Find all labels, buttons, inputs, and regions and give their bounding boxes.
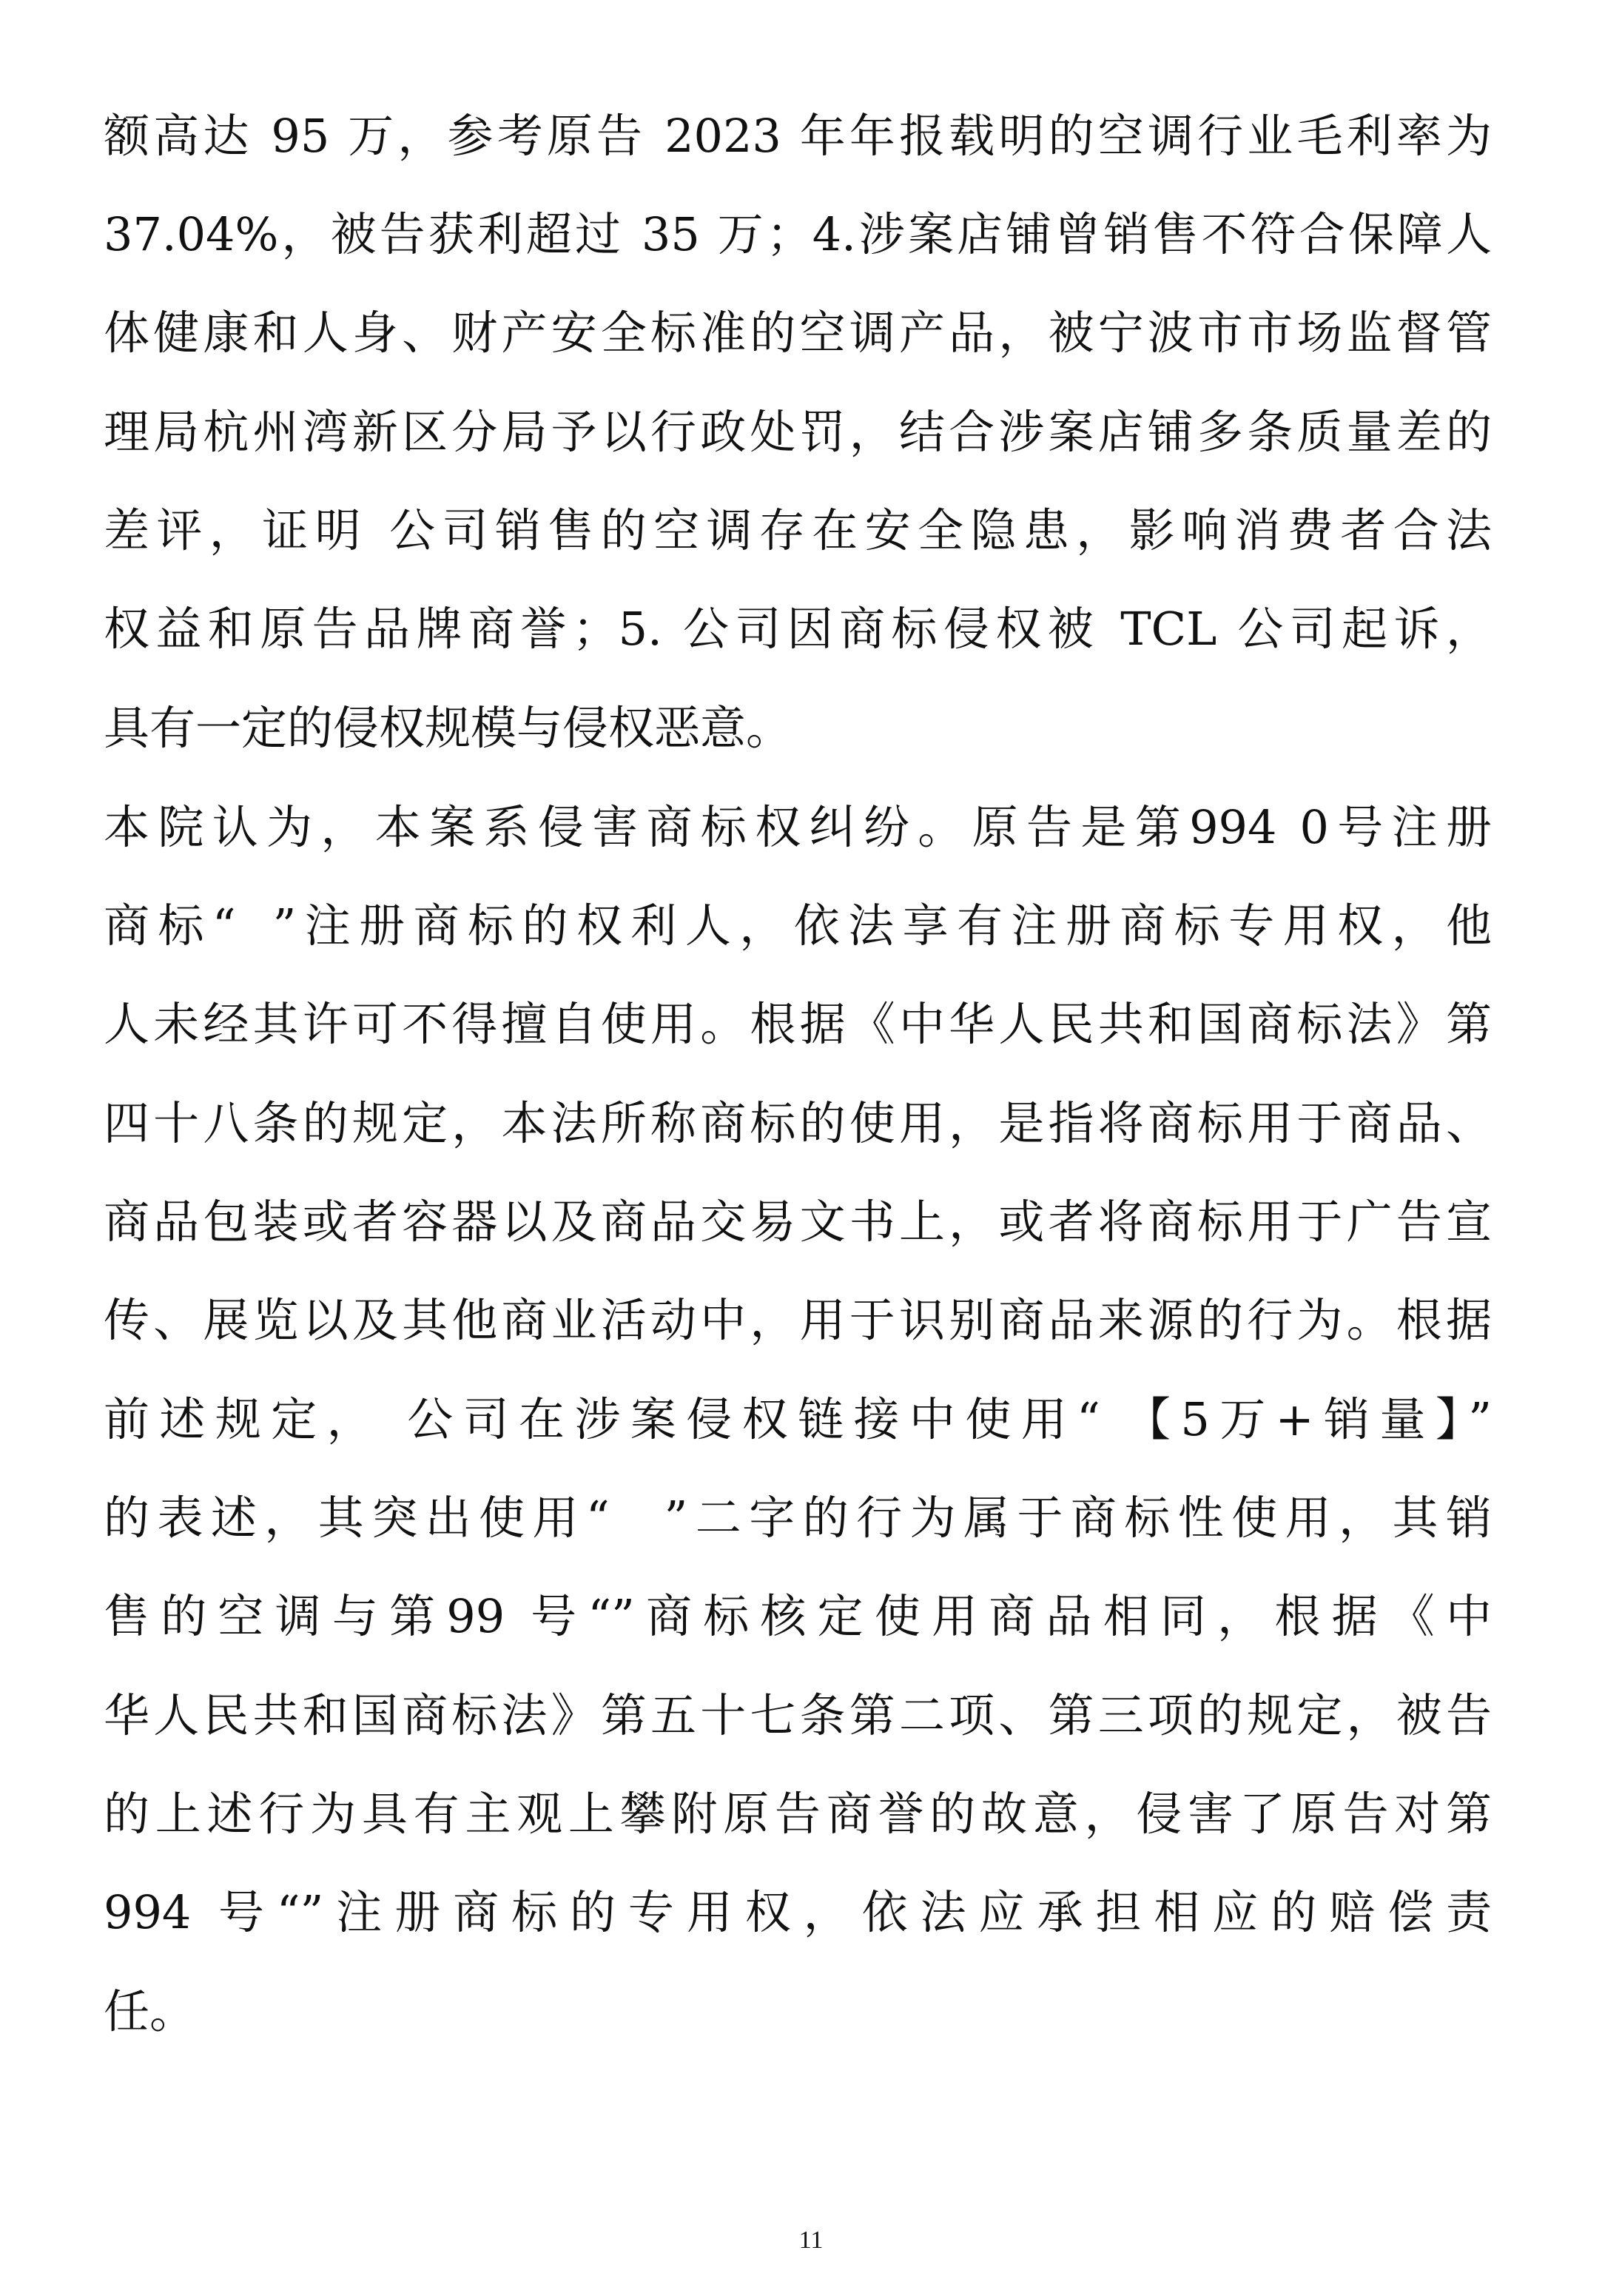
line-text: 商品包装或者容器以及商品交易文书上，或者将商标用于广告宣 (104, 1195, 1492, 1249)
text-line: 本院认为，本案系侵害商标权纠纷。原告是第994 0号注册 (104, 798, 1492, 857)
line-text: ”商标核定使用商品相同，根据《中 (611, 1589, 1492, 1643)
text-line: 人未经其许可不得擅自使用。根据《中华人民共和国商标法》第 (104, 995, 1492, 1054)
text-line: 994 号“”注册商标的专用权，依法应承担相应的赔偿责 (104, 1883, 1492, 1942)
line-text: 994 (104, 1885, 191, 1939)
line-text: 额高达 95 万，参考原告 2023 年年报载明的空调行业毛利率为 (104, 109, 1492, 163)
line-text: 具有一定的侵权规模与侵权恶意。 (104, 701, 792, 755)
text-line: 的表述，其突出使用“”二字的行为属于商标性使用，其销 (104, 1488, 1492, 1548)
document-page: 额高达 95 万，参考原告 2023 年年报载明的空调行业毛利率为 37.04%… (0, 0, 1622, 2296)
line-text: 传、展览以及其他商业活动中，用于识别商品来源的行为。根据 (104, 1293, 1492, 1347)
text-line: 商品包装或者容器以及商品交易文书上，或者将商标用于广告宣 (104, 1192, 1492, 1252)
line-text: 的上述行为具有主观上攀附原告商誉的故意，侵害了原告对第 (104, 1787, 1492, 1841)
line-text: 37.04%，被告获利超过 35 万；4.涉案店铺曾销售不符合保障人 (104, 207, 1492, 261)
text-line: 传、展览以及其他商业活动中，用于识别商品来源的行为。根据 (104, 1291, 1492, 1350)
text-line: 理局杭州湾新区分局予以行政处罚，结合涉案店铺多条质量差的 (104, 403, 1492, 462)
text-line: 差评，证明 公司销售的空调存在安全隐患，影响消费者合法 (104, 501, 1492, 560)
line-text: 商标“ (104, 899, 236, 953)
line-text: 华人民共和国商标法》第五十七条第二项、第三项的规定，被告 (104, 1688, 1492, 1742)
line-text: ”注册商标的权利人，依法享有注册商标专用权，他 (273, 899, 1492, 953)
line-text: 任。 (104, 1984, 195, 2038)
text-line: 华人民共和国商标法》第五十七条第二项、第三项的规定，被告 (104, 1686, 1492, 1745)
line-text: 号“ (531, 1589, 611, 1643)
line-text: 本院认为，本案系侵害商标权纠纷。原告是第994 (104, 800, 1276, 854)
line-text: 号“ (218, 1885, 300, 1939)
text-line: 前述规定， 公司在涉案侵权链接中使用“ 【5万+销量】” (104, 1390, 1492, 1449)
text-line: 售的空调与第99 号“”商标核定使用商品相同，根据《中 (104, 1587, 1492, 1646)
line-text: 公司在涉案侵权链接中使用“ (407, 1392, 1100, 1446)
line-text: ”注册商标的专用权，依法应承担相应的赔偿责 (300, 1885, 1492, 1939)
text-line: 37.04%，被告获利超过 35 万；4.涉案店铺曾销售不符合保障人 (104, 205, 1492, 264)
text-line: 具有一定的侵权规模与侵权恶意。 (104, 699, 1492, 758)
text-line: 体健康和人身、财产安全标准的空调产品，被宁波市市场监督管 (104, 303, 1492, 363)
text-line: 权益和原告品牌商誉；5. 公司因商标侵权被 TCL 公司起诉， (104, 600, 1492, 659)
line-text: 理局杭州湾新区分局予以行政处罚，结合涉案店铺多条质量差的 (104, 405, 1492, 459)
line-text: 公司销售的空调存在安全隐患，影响消费者合法 (389, 503, 1492, 557)
text-line: 四十八条的规定，本法所称商标的使用，是指将商标用于商品、 (104, 1094, 1492, 1153)
line-text: 【5万+销量】” (1125, 1392, 1492, 1446)
line-text: 人未经其许可不得擅自使用。根据《中华人民共和国商标法》第 (104, 997, 1492, 1051)
line-text: 的表述，其突出使用“ (104, 1491, 610, 1545)
text-line: 商标“”注册商标的权利人，依法享有注册商标专用权，他 (104, 896, 1492, 956)
text-line: 额高达 95 万，参考原告 2023 年年报载明的空调行业毛利率为 (104, 107, 1492, 166)
page-number: 11 (0, 2226, 1622, 2255)
line-text: 前述规定， (104, 1392, 383, 1446)
line-text: 体健康和人身、财产安全标准的空调产品，被宁波市市场监督管 (104, 306, 1492, 360)
line-text: 差评，证明 (104, 503, 368, 557)
line-text: 权益和原告品牌商誉；5. (104, 602, 662, 656)
text-line: 任。 (104, 1982, 1492, 2041)
line-text: 四十八条的规定，本法所称商标的使用，是指将商标用于商品、 (104, 1096, 1492, 1150)
line-text: ”二字的行为属于商标性使用，其销 (664, 1491, 1492, 1545)
text-line: 的上述行为具有主观上攀附原告商誉的故意，侵害了原告对第 (104, 1785, 1492, 1844)
line-text: 0号注册 (1299, 800, 1492, 854)
line-text: 售的空调与第99 (104, 1589, 505, 1643)
line-text: 公司因商标侵权被 TCL 公司起诉， (683, 602, 1492, 656)
